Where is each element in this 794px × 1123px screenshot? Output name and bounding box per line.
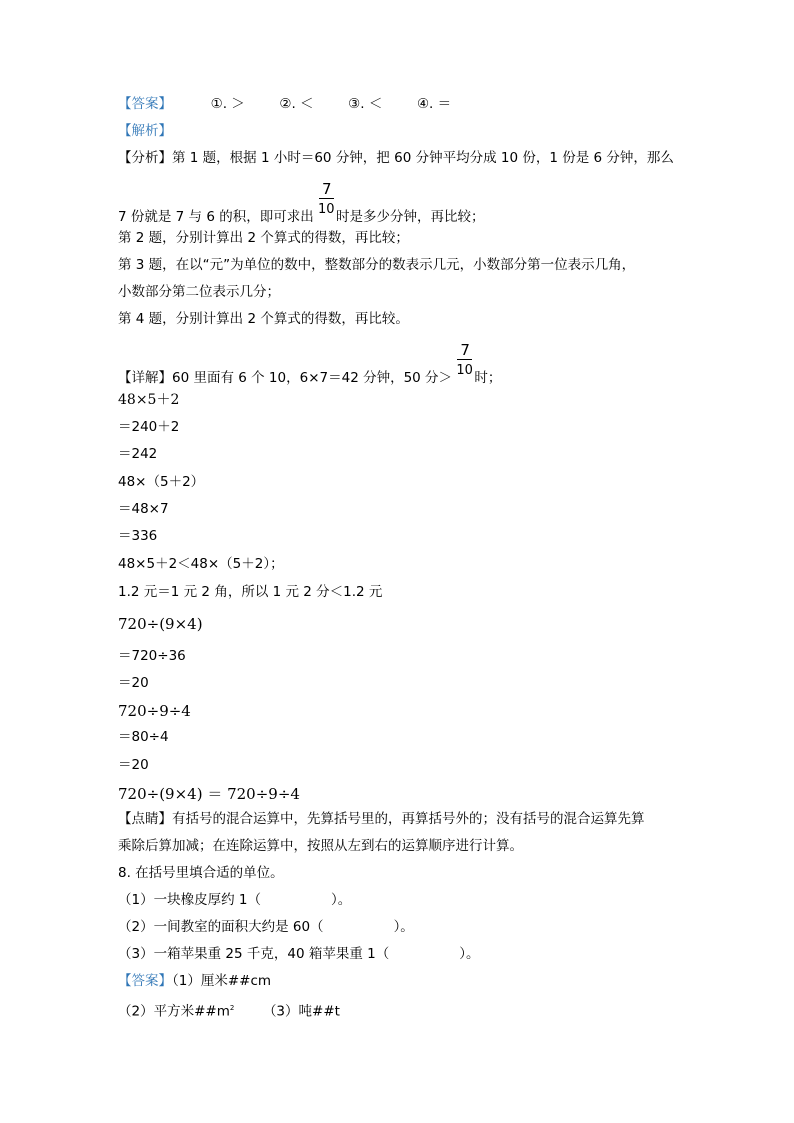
- step-13: ＝80÷4: [118, 727, 169, 747]
- question-text: （3）一箱苹果重 25 千克，40 箱苹果重 1（: [118, 946, 389, 962]
- answer-item-4: ④. ＝: [417, 96, 451, 112]
- step-7: 48×5＋2＜48×（5＋2）；: [118, 554, 284, 574]
- answer-label: 【答案】: [118, 96, 172, 112]
- analysis-line-3: 第 2 题，分别计算出 2 个算式的得数，再比较；: [118, 228, 409, 248]
- fraction-denominator: 10: [318, 200, 335, 220]
- question-text: （2）一间教室的面积大约是 60（: [118, 919, 324, 935]
- detail-label: 【详解】: [118, 370, 172, 386]
- step-12: 720÷9÷4: [118, 701, 191, 721]
- answer-item-2: ②. ＜: [279, 96, 313, 112]
- fraction-7-10: 7 10: [456, 362, 474, 382]
- question-text: ）。: [459, 946, 479, 962]
- question-8-title: 8. 在括号里填合适的单位。: [118, 863, 284, 883]
- step-6: ＝336: [118, 526, 157, 546]
- answer-item-1: ①. ＞: [211, 96, 245, 112]
- detail-line-1: 【详解】60 里面有 6 个 10，6×7＝42 分钟，50 分＞ 7 10 时…: [118, 362, 501, 388]
- question-text: （1）一块橡皮厚约 1（: [118, 892, 261, 908]
- question-8-item-1: （1）一块橡皮厚约 1（）。: [118, 890, 351, 910]
- answer-text: （3）吨##t: [263, 1004, 340, 1020]
- tip-line-1: 【点睛】有括号的混合运算中，先算括号里的，再算括号外的；没有括号的混合运算先算: [118, 809, 645, 829]
- question-8-answer-1: 【答案】（1）厘米##cm: [118, 971, 271, 991]
- step-9: 720÷(9×4): [118, 614, 203, 634]
- step-10: ＝720÷36: [118, 646, 186, 666]
- superscript: 2: [230, 1004, 234, 1012]
- step-3: ＝242: [118, 444, 157, 464]
- fraction-numerator: 7: [322, 179, 332, 199]
- tip-text: 有括号的混合运算中，先算括号里的，再算括号外的；没有括号的混合运算先算: [172, 811, 645, 827]
- fraction-7-10: 7 10: [318, 201, 336, 221]
- answer-text: （1）厘米##cm: [172, 973, 271, 989]
- detail-text: 时；: [474, 370, 501, 386]
- analysis-heading: 【解析】: [118, 121, 172, 141]
- step-1: 48×5＋2: [118, 390, 179, 410]
- fraction-denominator: 10: [456, 361, 473, 381]
- analysis-text: 第 1 题，根据 1 小时＝60 分钟，把 60 分钟平均分成 10 份，1 份…: [172, 150, 674, 166]
- step-5: ＝48×7: [118, 499, 169, 519]
- answer-text: （2）平方米##m: [118, 1004, 230, 1020]
- answer-item-3: ③. ＜: [348, 96, 382, 112]
- fraction-numerator: 7: [460, 340, 470, 360]
- detail-text: 60 里面有 6 个 10，6×7＝42 分钟，50 分＞: [172, 370, 452, 386]
- tip-label: 【点睛】: [118, 811, 172, 827]
- step-14: ＝20: [118, 755, 149, 775]
- step-2: ＝240＋2: [118, 417, 179, 437]
- question-8-item-2: （2）一间教室的面积大约是 60（）。: [118, 917, 414, 937]
- question-text: ）。: [331, 892, 351, 908]
- fraction-bar: [319, 198, 334, 199]
- question-8-item-3: （3）一箱苹果重 25 千克，40 箱苹果重 1（）。: [118, 944, 479, 964]
- analysis-label: 【分析】: [118, 150, 172, 166]
- question-8-answer-2: （2）平方米##m2 （3）吨##t: [118, 998, 340, 1022]
- analysis-line-1: 【分析】第 1 题，根据 1 小时＝60 分钟，把 60 分钟平均分成 10 份…: [118, 148, 674, 168]
- analysis-line-6: 第 4 题，分别计算出 2 个算式的得数，再比较。: [118, 309, 409, 329]
- analysis-line-4: 第 3 题，在以“元”为单位的数中，整数部分的数表示几元，小数部分第一位表示几角…: [118, 255, 635, 275]
- fraction-bar: [457, 359, 472, 360]
- step-8: 1.2 元＝1 元 2 角，所以 1 元 2 分＜1.2 元: [118, 582, 382, 602]
- analysis-line-5: 小数部分第二位表示几分；: [118, 282, 280, 302]
- step-15: 720÷(9×4) ＝ 720÷9÷4: [118, 784, 300, 804]
- analysis-line-2: 7 份就是 7 与 6 的积，即可求出 7 10 时是多少分钟，再比较；: [118, 201, 485, 227]
- answer-row: 【答案】 ①. ＞ ②. ＜ ③. ＜ ④. ＝: [118, 94, 451, 114]
- analysis-text: 7 份就是 7 与 6 的积，即可求出: [118, 209, 314, 225]
- step-11: ＝20: [118, 673, 149, 693]
- tip-line-2: 乘除后算加减；在连除运算中，按照从左到右的运算顺序进行计算。: [118, 836, 523, 856]
- analysis-text: 时是多少分钟，再比较；: [336, 209, 485, 225]
- answer-label: 【答案】: [118, 973, 172, 989]
- step-4: 48×（5＋2）: [118, 472, 204, 492]
- question-text: ）。: [394, 919, 414, 935]
